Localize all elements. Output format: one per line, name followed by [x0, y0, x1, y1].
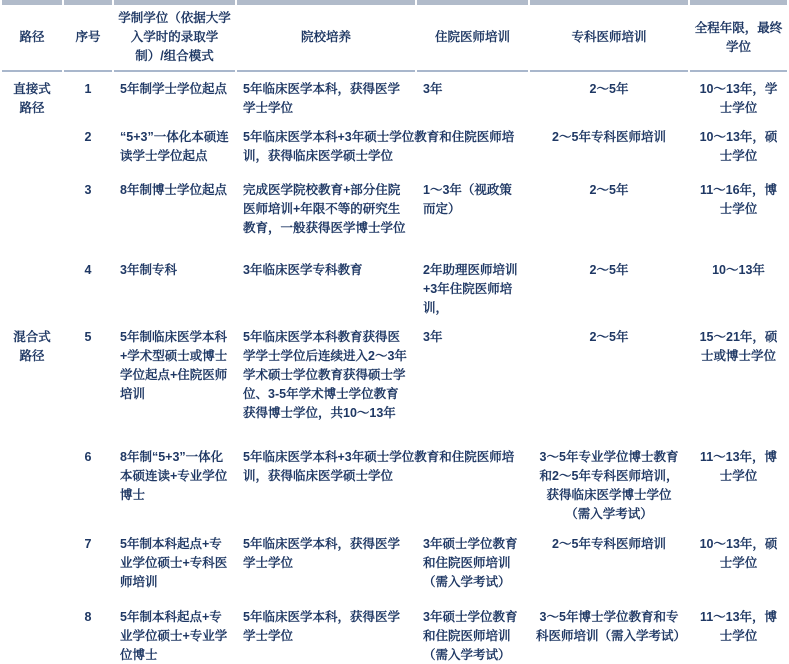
- cell-no: 4: [64, 253, 112, 320]
- cell-total: 10～13年，学士学位: [690, 72, 787, 120]
- cell-school: 5年临床医学本科教育获得医学学士学位后连续进入2～3年学术硕士学位教育获得硕士学…: [237, 320, 415, 440]
- table-row: 8 5年制本科起点+专业学位硕士+专业学位博士 5年临床医学本科，获得医学学士学…: [2, 600, 787, 664]
- header-no: 序号: [64, 0, 112, 72]
- cell-total: 15～21年，硕士或博士学位: [690, 320, 787, 440]
- cell-residency: 3年: [417, 320, 528, 440]
- cell-mode: 8年制“5+3”一体化本硕连读+专业学位博士: [114, 440, 235, 527]
- cell-mode: 3年制专科: [114, 253, 235, 320]
- cell-total: 11～13年，博士学位: [690, 440, 787, 527]
- cell-specialist: 2～5年专科医师培训: [530, 527, 688, 600]
- cell-no: 1: [64, 72, 112, 120]
- cell-total: 10～13年，硕士学位: [690, 120, 787, 173]
- cell-specialist: 3～5年博士学位教育和专科医师培训（需入学考试）: [530, 600, 688, 664]
- cell-mode: 5年制学士学位起点: [114, 72, 235, 120]
- cell-mode: 5年制本科起点+专业学位硕士+专科医师培训: [114, 527, 235, 600]
- page: 路径 序号 学制学位（依据大学入学时的录取学制）/组合模式 院校培养 住院医师培…: [0, 0, 789, 664]
- table-row: 7 5年制本科起点+专业学位硕士+专科医师培训 5年临床医学本科，获得医学学士学…: [2, 527, 787, 600]
- header-path: 路径: [2, 0, 62, 72]
- cell-residency: 3年硕士学位教育和住院医师培训（需入学考试）: [417, 527, 528, 600]
- table-row: 混合式路径 5 5年制临床医学本科+学术型硕士或博士学位起点+住院医师培训 5年…: [2, 320, 787, 440]
- cell-no: 7: [64, 527, 112, 600]
- cell-specialist: 3～5年专业学位博士教育和2～5年专科医师培训，获得临床医学博士学位（需入学考试…: [530, 440, 688, 527]
- table-row: 6 8年制“5+3”一体化本硕连读+专业学位博士 5年临床医学本科+3年硕士学位…: [2, 440, 787, 527]
- cell-school: 3年临床医学专科教育: [237, 253, 415, 320]
- table-header: 路径 序号 学制学位（依据大学入学时的录取学制）/组合模式 院校培养 住院医师培…: [2, 0, 787, 72]
- group-direct-path: 直接式路径: [2, 72, 62, 320]
- cell-school-residency: 5年临床医学本科+3年硕士学位教育和住院医师培训，获得临床医学硕士学位: [237, 440, 528, 527]
- cell-school: 5年临床医学本科，获得医学学士学位: [237, 600, 415, 664]
- header-row: 路径 序号 学制学位（依据大学入学时的录取学制）/组合模式 院校培养 住院医师培…: [2, 0, 787, 72]
- medical-education-pathways-table: 路径 序号 学制学位（依据大学入学时的录取学制）/组合模式 院校培养 住院医师培…: [0, 0, 789, 664]
- cell-mode: 8年制博士学位起点: [114, 173, 235, 253]
- cell-school: 完成医学院校教育+部分住院医师培训+年限不等的研究生教育，一般获得医学博士学位: [237, 173, 415, 253]
- header-mode: 学制学位（依据大学入学时的录取学制）/组合模式: [114, 0, 235, 72]
- cell-specialist: 2～5年专科医师培训: [530, 120, 688, 173]
- cell-residency: 2年助理医师培训+3年住院医师培训，: [417, 253, 528, 320]
- table-body: 直接式路径 1 5年制学士学位起点 5年临床医学本科，获得医学学士学位 3年 2…: [2, 72, 787, 664]
- cell-specialist: 2～5年: [530, 72, 688, 120]
- cell-school: 5年临床医学本科，获得医学学士学位: [237, 527, 415, 600]
- cell-total: 11～13年，博士学位: [690, 600, 787, 664]
- cell-school: 5年临床医学本科，获得医学学士学位: [237, 72, 415, 120]
- table-row: 4 3年制专科 3年临床医学专科教育 2年助理医师培训+3年住院医师培训， 2～…: [2, 253, 787, 320]
- table-row: 2 “5+3”一体化本硕连读学士学位起点 5年临床医学本科+3年硕士学位教育和住…: [2, 120, 787, 173]
- cell-no: 3: [64, 173, 112, 253]
- cell-total: 10～13年，硕士学位: [690, 527, 787, 600]
- cell-residency: 1～3年（视政策而定）: [417, 173, 528, 253]
- header-specialist: 专科医师培训: [530, 0, 688, 72]
- header-total: 全程年限，最终学位: [690, 0, 787, 72]
- header-residency: 住院医师培训: [417, 0, 528, 72]
- cell-no: 8: [64, 600, 112, 664]
- cell-mode: 5年制临床医学本科+学术型硕士或博士学位起点+住院医师培训: [114, 320, 235, 440]
- cell-specialist: 2～5年: [530, 173, 688, 253]
- cell-school-residency: 5年临床医学本科+3年硕士学位教育和住院医师培训，获得临床医学硕士学位: [237, 120, 528, 173]
- cell-no: 5: [64, 320, 112, 440]
- cell-no: 2: [64, 120, 112, 173]
- table-row: 3 8年制博士学位起点 完成医学院校教育+部分住院医师培训+年限不等的研究生教育…: [2, 173, 787, 253]
- cell-residency: 3年硕士学位教育和住院医师培训（需入学考试）: [417, 600, 528, 664]
- cell-specialist: 2～5年: [530, 320, 688, 440]
- cell-residency: 3年: [417, 72, 528, 120]
- header-school: 院校培养: [237, 0, 415, 72]
- cell-total: 10～13年: [690, 253, 787, 320]
- cell-total: 11～16年，博士学位: [690, 173, 787, 253]
- cell-specialist: 2～5年: [530, 253, 688, 320]
- cell-mode: 5年制本科起点+专业学位硕士+专业学位博士: [114, 600, 235, 664]
- table-row: 直接式路径 1 5年制学士学位起点 5年临床医学本科，获得医学学士学位 3年 2…: [2, 72, 787, 120]
- cell-no: 6: [64, 440, 112, 527]
- group-mixed-path: 混合式路径: [2, 320, 62, 664]
- cell-mode: “5+3”一体化本硕连读学士学位起点: [114, 120, 235, 173]
